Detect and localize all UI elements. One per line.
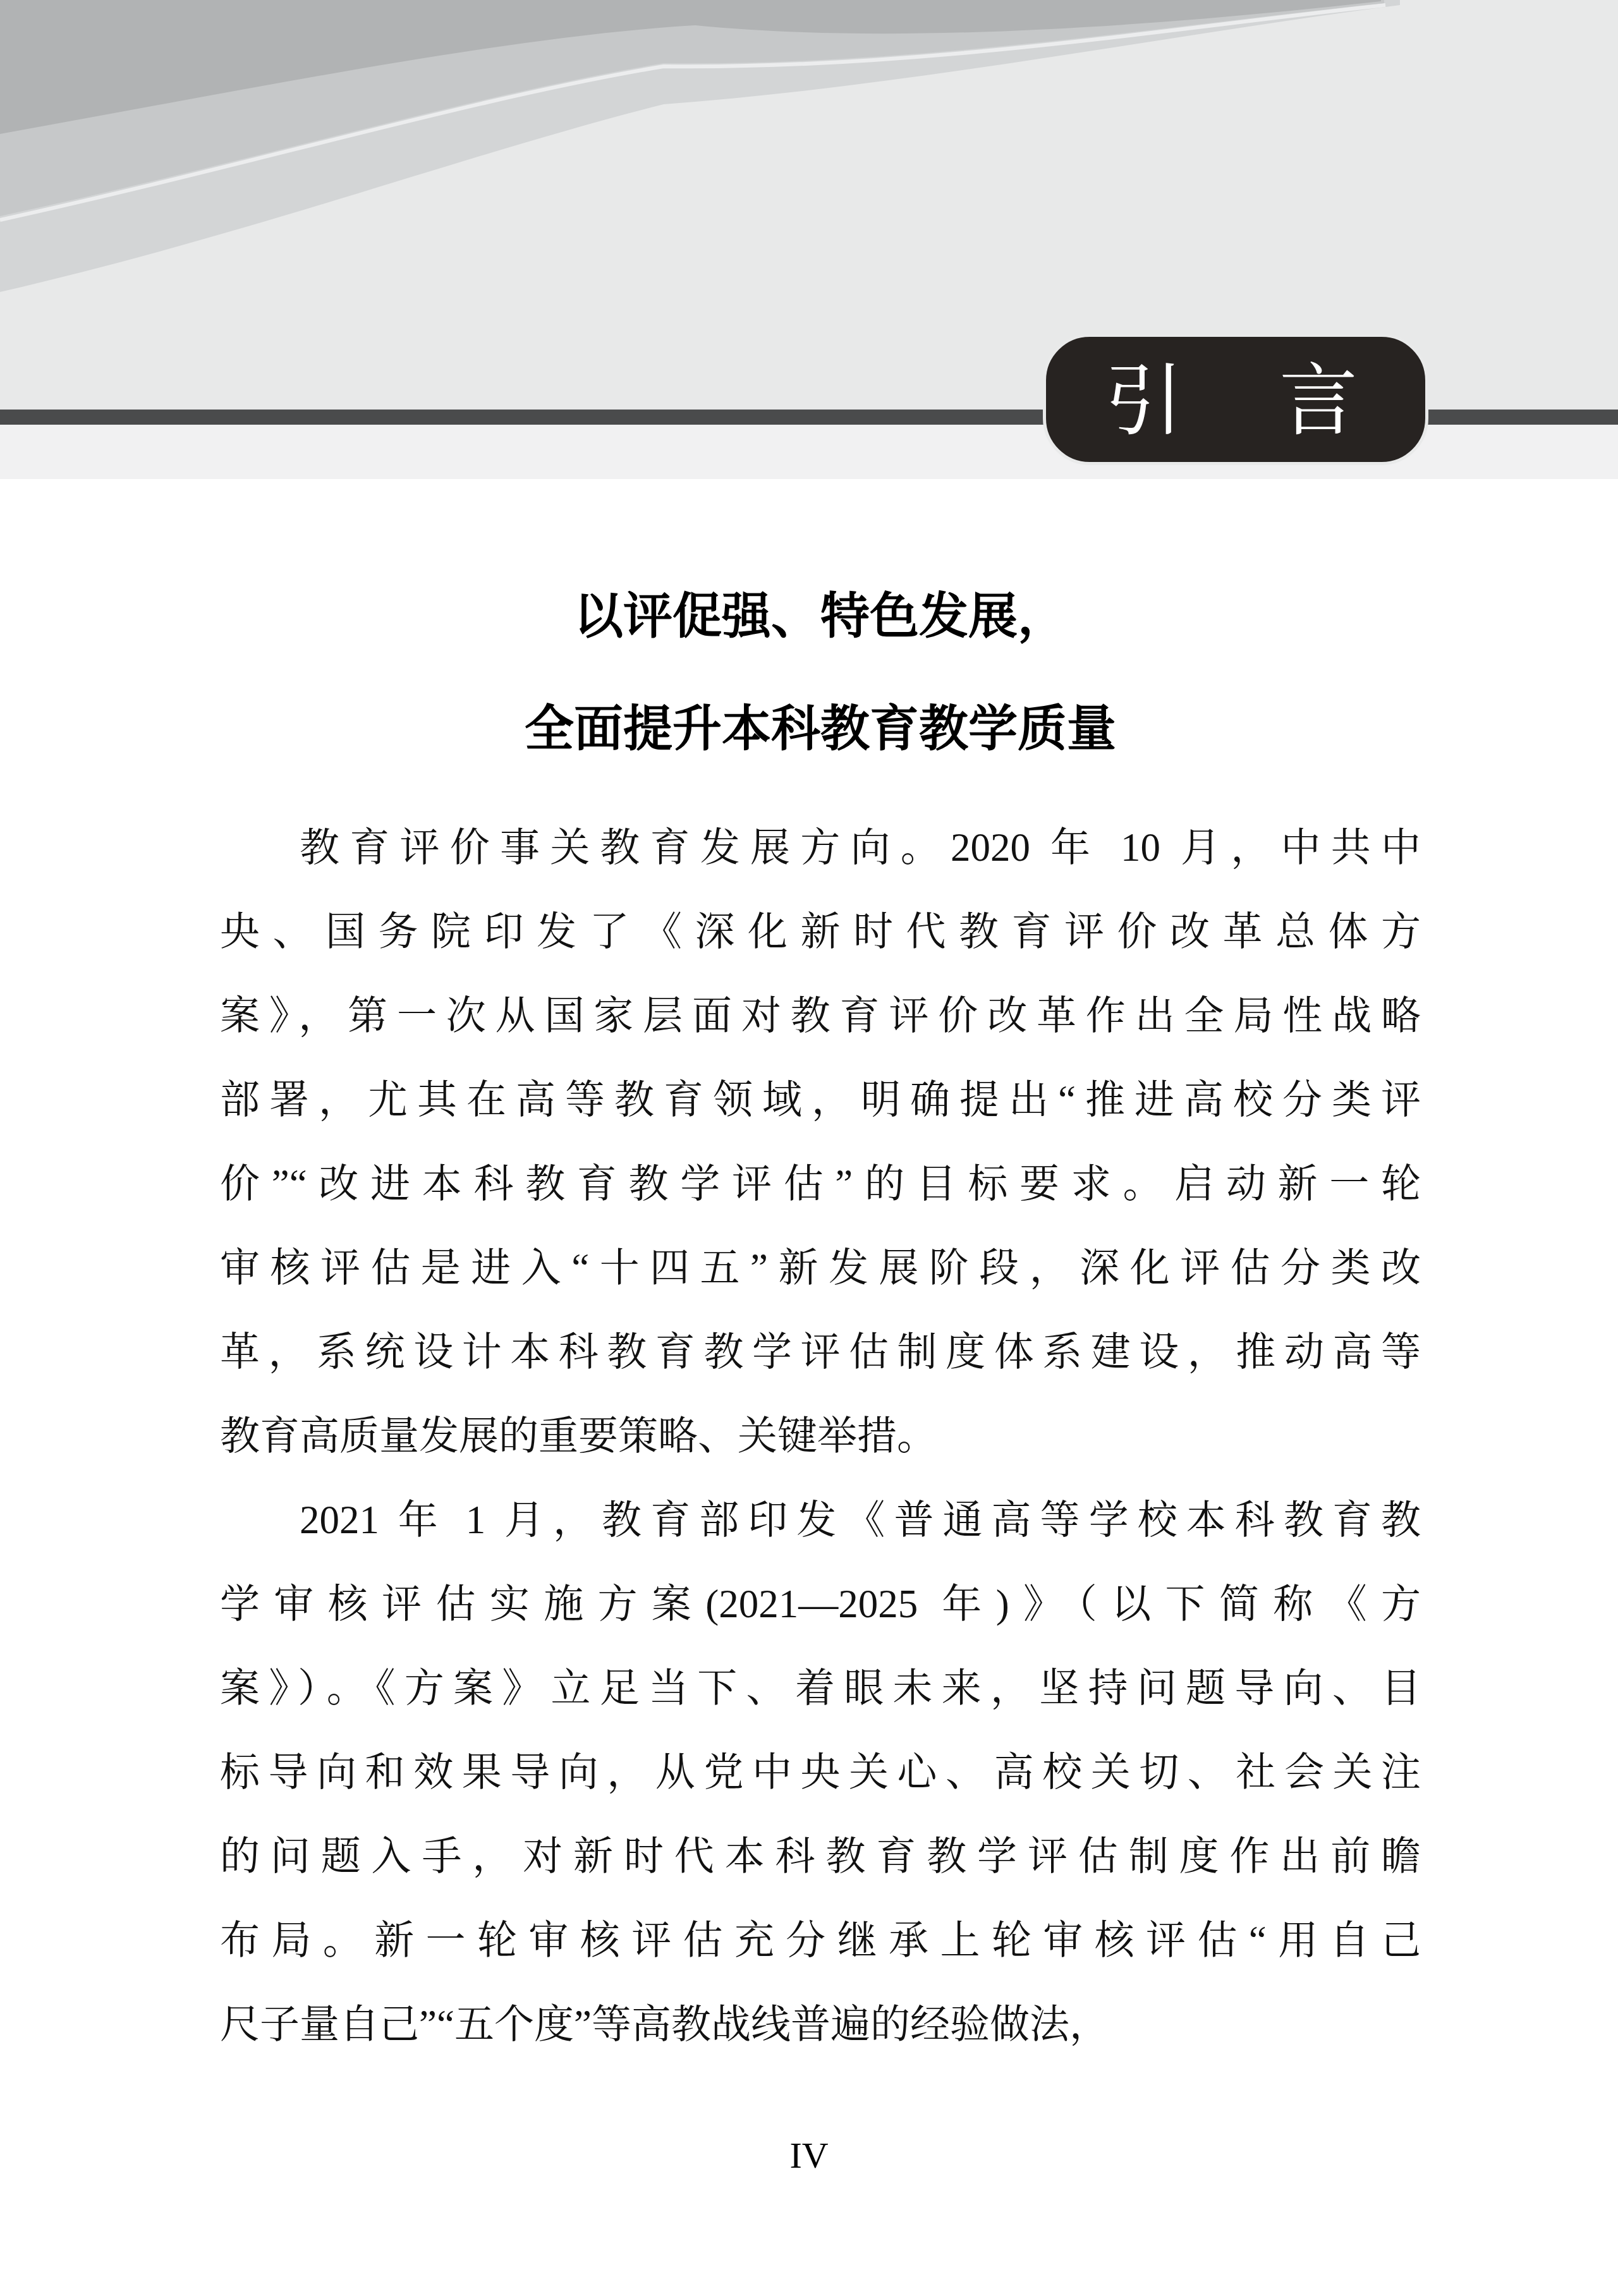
- body-line: 2021 年 1 月，教育部印发《普通高等学校本科教育教: [220, 1478, 1421, 1562]
- body-line: 革，系统设计本科教育教学评估制度体系建设，推动高等: [220, 1310, 1421, 1394]
- article-title: 以评促强、特色发展， 全面提升本科教育教学质量: [220, 561, 1421, 786]
- body-text: 教育评价事关教育发展方向。2020 年 10 月，中共中 央、国务院印发了《深化…: [220, 806, 1421, 2067]
- body-line: 布局。新一轮审核评估充分继承上轮审核评估“用自己: [220, 1898, 1421, 1983]
- chapter-badge: 引 言: [1043, 334, 1428, 465]
- chapter-badge-label: 引 言: [1105, 363, 1366, 441]
- body-line: 标导向和效果导向，从党中央关心、高校关切、社会关注: [220, 1730, 1421, 1814]
- body-line: 教育评价事关教育发展方向。2020 年 10 月，中共中: [220, 806, 1421, 890]
- body-line: 的问题入手，对新时代本科教育教学评估制度作出前瞻: [220, 1814, 1421, 1898]
- title-line-1: 以评促强、特色发展，: [220, 561, 1421, 673]
- page-header: 引 言: [0, 0, 1618, 479]
- body-line: 案》）。《方案》立足当下、着眼未来，坚持问题导向、目: [220, 1646, 1421, 1730]
- body-line: 案》，第一次从国家层面对教育评价改革作出全局性战略: [220, 974, 1421, 1058]
- title-line-2: 全面提升本科教育教学质量: [220, 673, 1421, 786]
- document-page: 引 言 以评促强、特色发展， 全面提升本科教育教学质量 教育评价事关教育发展方向…: [0, 0, 1618, 2296]
- body-line: 价”“改进本科教育教学评估”的目标要求。启动新一轮: [220, 1142, 1421, 1226]
- body-line: 教育高质量发展的重要策略、关键举措。: [220, 1394, 1421, 1478]
- body-line: 部署，尤其在高等教育领域，明确提出“推进高校分类评: [220, 1058, 1421, 1142]
- body-line: 审核评估是进入“十四五”新发展阶段，深化评估分类改: [220, 1226, 1421, 1310]
- body-line: 尺子量自己”“五个度”等高教战线普遍的经验做法，: [220, 1983, 1421, 2067]
- body-line: 央、国务院印发了《深化新时代教育评价改革总体方: [220, 890, 1421, 974]
- page-number: IV: [0, 2135, 1618, 2177]
- body-line: 学审核评估实施方案(2021—2025 年)》（以下简称《方: [220, 1562, 1421, 1646]
